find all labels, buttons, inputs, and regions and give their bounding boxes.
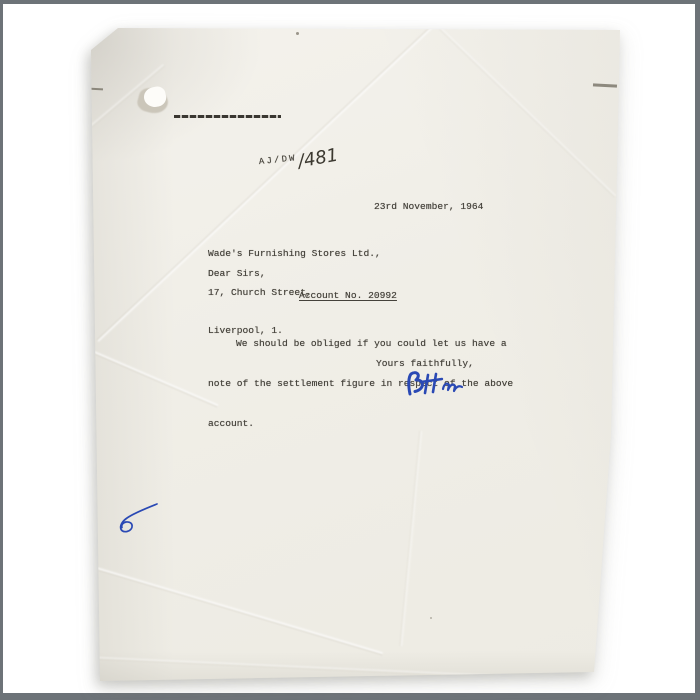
reference-line: AJ/DW/481 bbox=[258, 146, 339, 175]
edge-mark-left bbox=[90, 88, 103, 91]
letter-paper-wrap: AJ/DW/481 23rd November, 1964 Wade's Fur… bbox=[3, 4, 695, 693]
subject-line: Account No. 20992 bbox=[299, 289, 397, 302]
paper-speck bbox=[430, 617, 432, 619]
corner-pen-mark bbox=[113, 500, 159, 538]
paper-crease bbox=[94, 566, 383, 656]
edge-mark-right bbox=[593, 83, 617, 87]
photo-frame: AJ/DW/481 23rd November, 1964 Wade's Fur… bbox=[0, 0, 700, 700]
salutation: Dear Sirs, bbox=[208, 267, 266, 280]
typed-dashed-line bbox=[174, 115, 281, 118]
recipient-name: Wade's Furnishing Stores Ltd., bbox=[208, 248, 381, 261]
body-paragraph: We should be obliged if you could let us… bbox=[208, 310, 513, 457]
body-line: account. bbox=[208, 417, 513, 430]
reference-handwritten: /481 bbox=[296, 145, 339, 173]
reference-typed: AJ/DW bbox=[258, 153, 297, 167]
letter-paper: AJ/DW/481 23rd November, 1964 Wade's Fur… bbox=[89, 26, 623, 684]
paper-crease bbox=[98, 656, 543, 680]
signature-ink bbox=[402, 369, 466, 401]
paper-crease bbox=[439, 27, 617, 198]
paper-speck bbox=[296, 32, 299, 35]
paper-crease bbox=[90, 349, 218, 407]
body-line: note of the settlement figure in respect… bbox=[208, 377, 513, 390]
paper-crease bbox=[399, 431, 423, 646]
body-line: We should be obliged if you could let us… bbox=[208, 337, 513, 350]
letter-date: 23rd November, 1964 bbox=[374, 200, 483, 213]
